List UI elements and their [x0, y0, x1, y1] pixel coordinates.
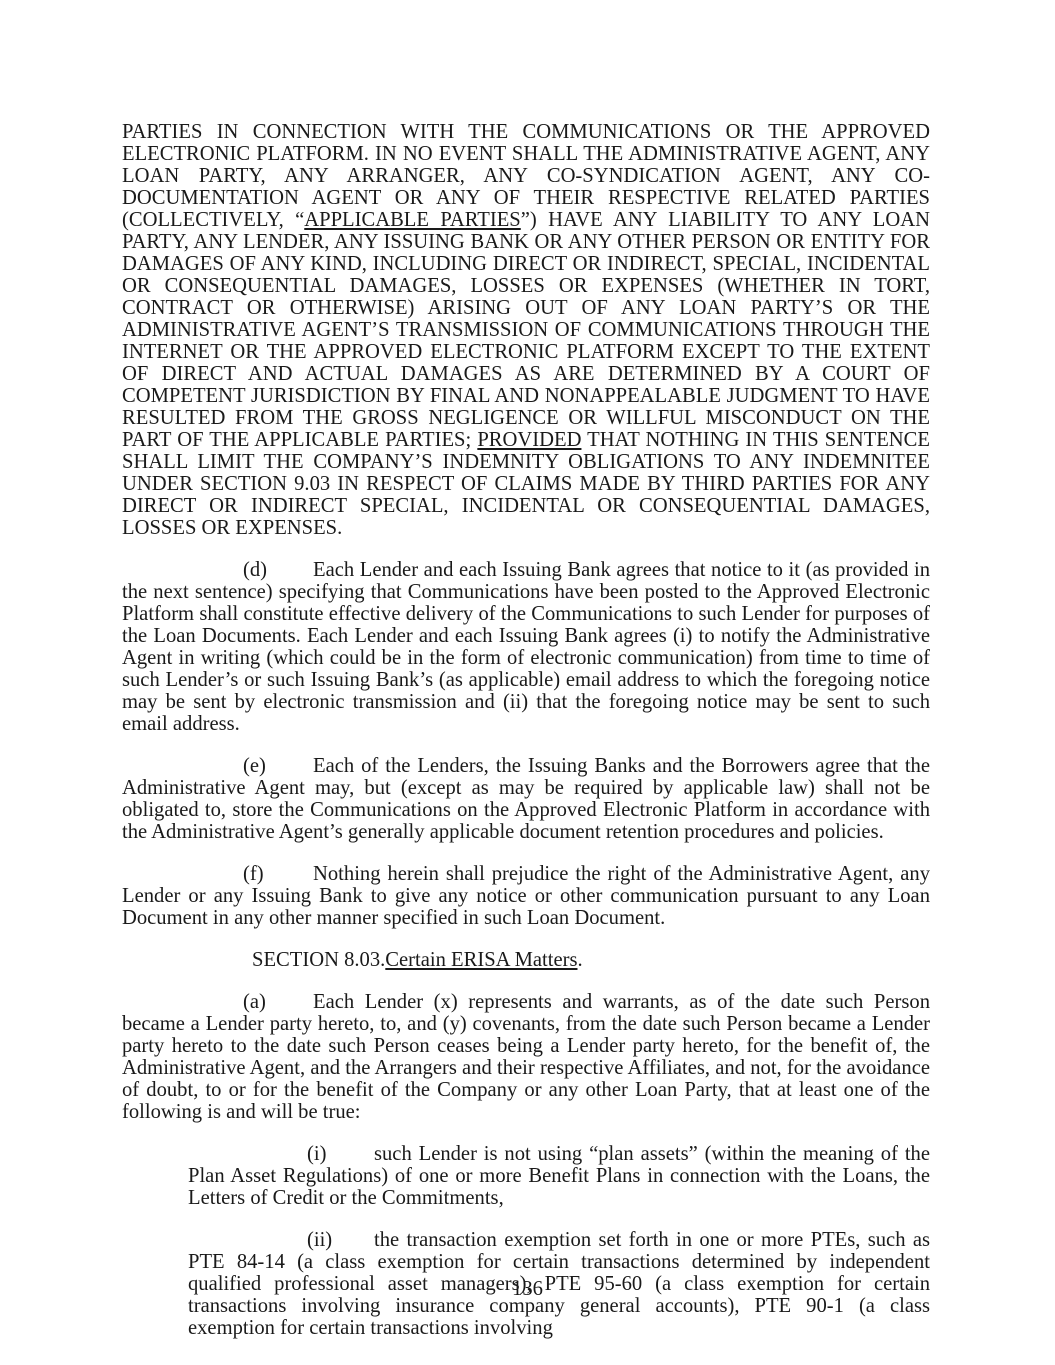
clause-i-label: (i) — [307, 1143, 374, 1165]
section-heading: SECTION 8.03.Certain ERISA Matters. — [122, 949, 930, 971]
paragraph-f-label: (f) — [243, 863, 313, 885]
clause-ii-label: (ii) — [307, 1229, 374, 1251]
clause-i: (i)such Lender is not using “plan assets… — [188, 1143, 930, 1209]
section-title: Certain ERISA Matters — [385, 949, 577, 971]
paragraph-indemnity: PARTIES IN CONNECTION WITH THE COMMUNICA… — [122, 121, 930, 539]
clause-i-text: such Lender is not using “plan assets” (… — [188, 1143, 930, 1209]
paragraph-d-label: (d) — [243, 559, 313, 581]
indemnity-text-mid: ”) HAVE ANY LIABILITY TO ANY LOAN PARTY,… — [122, 209, 930, 451]
paragraph-a-label: (a) — [243, 991, 313, 1013]
section-title-period: . — [577, 949, 582, 971]
paragraph-f: (f)Nothing herein shall prejudice the ri… — [122, 863, 930, 929]
page-number: 136 — [0, 1278, 1055, 1300]
document-page: PARTIES IN CONNECTION WITH THE COMMUNICA… — [0, 0, 1055, 1365]
paragraph-d: (d)Each Lender and each Issuing Bank agr… — [122, 559, 930, 735]
paragraph-e-label: (e) — [243, 755, 313, 777]
paragraph-e: (e)Each of the Lenders, the Issuing Bank… — [122, 755, 930, 843]
paragraph-a: (a)Each Lender (x) represents and warran… — [122, 991, 930, 1123]
proviso-term: PROVIDED — [477, 429, 581, 451]
section-number: SECTION 8.03. — [252, 949, 385, 971]
defined-term-applicable-parties: APPLICABLE PARTIES — [304, 209, 521, 231]
paragraph-d-text: Each Lender and each Issuing Bank agrees… — [122, 559, 930, 735]
